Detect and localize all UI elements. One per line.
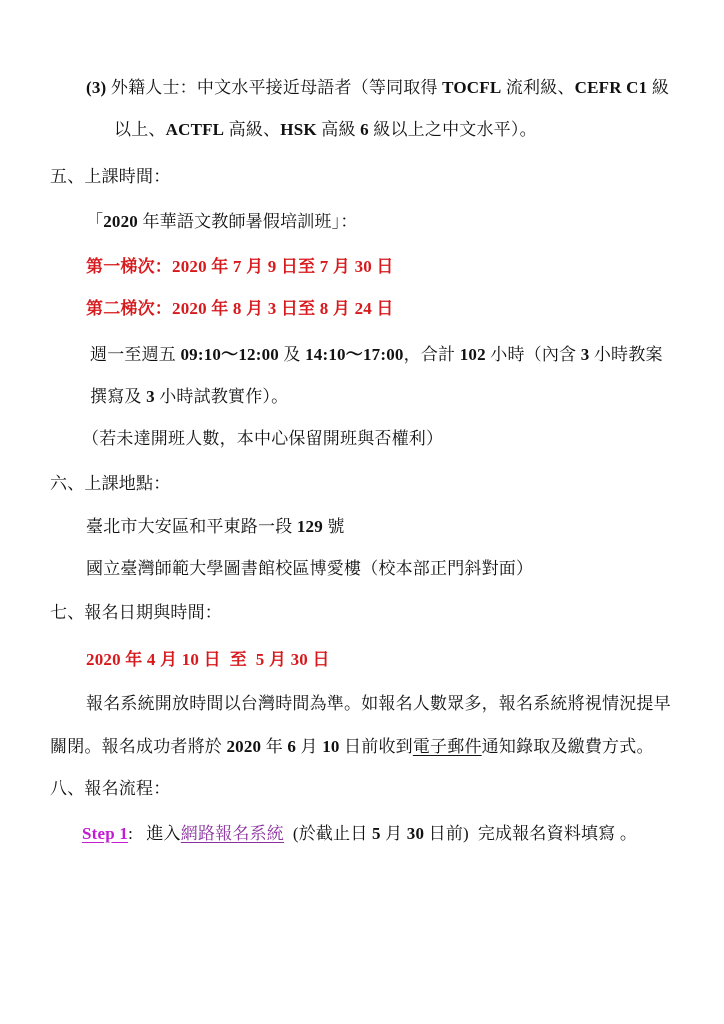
enrollment-note: （若未達開班人數，本中心保留開班與否權利） <box>82 428 443 450</box>
section-8-heading: 八、報名流程： <box>50 778 170 800</box>
batch-2-dates: 第二梯次：2020 年 8 月 3 日至 8 月 24 日 <box>86 298 394 320</box>
batch-1-dates: 第一梯次：2020 年 7 月 9 日至 7 月 30 日 <box>86 256 394 278</box>
item-number: (3) <box>86 78 106 97</box>
step-1: Step 1: 進入網路報名系統 (於截止日 5 月 30 日前) 完成報名資料… <box>82 823 637 845</box>
schedule-line-1: 週一至週五 09:10～12:00 及 14:10～17:00，合計 102 小… <box>90 344 663 366</box>
section-5-heading: 五、上課時間： <box>50 166 170 188</box>
section-7-heading: 七、報名日期與時間： <box>50 602 222 624</box>
section-6-heading: 六、上課地點： <box>50 473 170 495</box>
schedule-line-2: 撰寫及 3 小時試教實作）。 <box>90 386 288 408</box>
registration-period: 2020 年 4 月 10 日 至 5 月 30 日 <box>86 649 330 671</box>
step-1-link[interactable]: Step 1 <box>82 824 128 843</box>
email-link[interactable]: 電子郵件 <box>413 737 482 756</box>
item-3-line-1: (3) 外籍人士：中文水平接近母語者（等同取得 TOCFL 流利級、CEFR C… <box>86 77 669 99</box>
registration-info-line-2: 關閉。報名成功者將於 2020 年 6 月 10 日前收到電子郵件通知錄取及繳費… <box>50 736 654 758</box>
class-title: 「2020 年華語文教師暑假培訓班」： <box>86 211 358 233</box>
address: 臺北市大安區和平東路一段 129 號 <box>86 516 345 538</box>
online-registration-system-link[interactable]: 網路報名系統 <box>181 824 284 843</box>
registration-info-line-1: 報名系統開放時間以台灣時間為準。如報名人數眾多，報名系統將視情況提早 <box>86 693 671 715</box>
item-3-line-2: 以上、ACTFL 高級、HSK 高級 6 級以上之中文水平）。 <box>114 119 537 141</box>
building: 國立臺灣師範大學圖書館校區博愛樓（校本部正門斜對面） <box>86 558 533 580</box>
